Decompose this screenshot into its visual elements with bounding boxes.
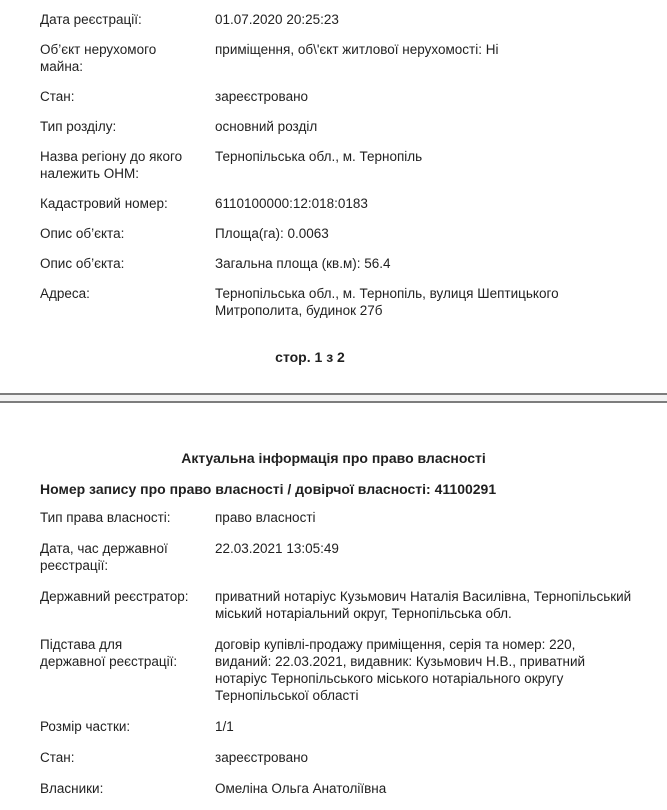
- record-number-heading: Номер запису про право власності / довір…: [0, 481, 667, 498]
- field-label: Об’єкт нерухомого майна:: [40, 41, 200, 75]
- field-value: 01.07.2020 20:25:23: [215, 11, 662, 28]
- field-label: Стан:: [40, 749, 200, 766]
- page-1-property-info: Дата реєстрації: 01.07.2020 20:25:23 Об’…: [0, 0, 667, 366]
- field-value: зареєстровано: [215, 749, 662, 766]
- field-label: Дата реєстрації:: [40, 11, 200, 28]
- field-value: 6110100000:12:018:0183: [215, 195, 662, 212]
- field-value: Тернопільська обл., м. Тернопіль, вулиця…: [215, 285, 662, 319]
- field-label: Розмір частки:: [40, 718, 200, 735]
- field-value: право власності: [215, 509, 662, 526]
- field-value: основний розділ: [215, 118, 662, 135]
- field-row: Державний реєстратор: приватний нотаріус…: [40, 588, 667, 622]
- field-row: Підстава для державної реєстрації: догов…: [40, 636, 667, 704]
- field-value: приміщення, об\'єкт житлової нерухомості…: [215, 41, 662, 75]
- field-value: 22.03.2021 13:05:49: [215, 540, 662, 574]
- field-label: Тип права власності:: [40, 509, 200, 526]
- field-row: Стан: зареєстровано: [40, 88, 667, 105]
- field-row: Опис об’єкта: Загальна площа (кв.м): 56.…: [40, 255, 667, 272]
- property-fields: Дата реєстрації: 01.07.2020 20:25:23 Об’…: [0, 11, 667, 319]
- field-label: Дата, час державної реєстрації:: [40, 540, 200, 574]
- field-value: 1/1: [215, 718, 662, 735]
- field-label: Адреса:: [40, 285, 200, 319]
- page-number-footer: стор. 1 з 2: [0, 349, 620, 366]
- field-value: Омеліна Ольга Анатоліївна: [215, 780, 662, 797]
- field-label: Підстава для державної реєстрації:: [40, 636, 200, 704]
- field-label: Власники:: [40, 780, 200, 797]
- field-row: Адреса: Тернопільська обл., м. Тернопіль…: [40, 285, 667, 319]
- field-value: Загальна площа (кв.м): 56.4: [215, 255, 662, 272]
- field-row: Опис об’єкта: Площа(га): 0.0063: [40, 225, 667, 242]
- field-value: приватний нотаріус Кузьмович Наталія Вас…: [215, 588, 662, 622]
- field-label: Опис об’єкта:: [40, 225, 200, 242]
- field-row: Дата реєстрації: 01.07.2020 20:25:23: [40, 11, 667, 28]
- field-value: Тернопільська обл., м. Тернопіль: [215, 148, 662, 182]
- field-row: Назва регіону до якого належить ОНМ: Тер…: [40, 148, 667, 182]
- section-title: Актуальна інформація про право власності: [0, 450, 667, 467]
- page-2-ownership-info: Актуальна інформація про право власності…: [0, 403, 667, 797]
- field-row: Кадастровий номер: 6110100000:12:018:018…: [40, 195, 667, 212]
- field-row: Об’єкт нерухомого майна: приміщення, об\…: [40, 41, 667, 75]
- field-row: Тип розділу: основний розділ: [40, 118, 667, 135]
- register-extract-document: Дата реєстрації: 01.07.2020 20:25:23 Об’…: [0, 0, 667, 797]
- field-value: договір купівлі-продажу приміщення, сері…: [215, 636, 662, 704]
- field-label: Назва регіону до якого належить ОНМ:: [40, 148, 200, 182]
- ownership-fields: Тип права власності: право власності Дат…: [0, 509, 667, 797]
- field-row: Стан: зареєстровано: [40, 749, 667, 766]
- field-row: Розмір частки: 1/1: [40, 718, 667, 735]
- field-label: Державний реєстратор:: [40, 588, 200, 622]
- field-label: Кадастровий номер:: [40, 195, 200, 212]
- field-value: зареєстровано: [215, 88, 662, 105]
- field-value: Площа(га): 0.0063: [215, 225, 662, 242]
- field-label: Тип розділу:: [40, 118, 200, 135]
- field-row: Дата, час державної реєстрації: 22.03.20…: [40, 540, 667, 574]
- field-row: Власники: Омеліна Ольга Анатоліївна: [40, 780, 667, 797]
- field-row: Тип права власності: право власності: [40, 509, 667, 526]
- field-label: Стан:: [40, 88, 200, 105]
- page-break-separator: [0, 393, 667, 403]
- field-label: Опис об’єкта:: [40, 255, 200, 272]
